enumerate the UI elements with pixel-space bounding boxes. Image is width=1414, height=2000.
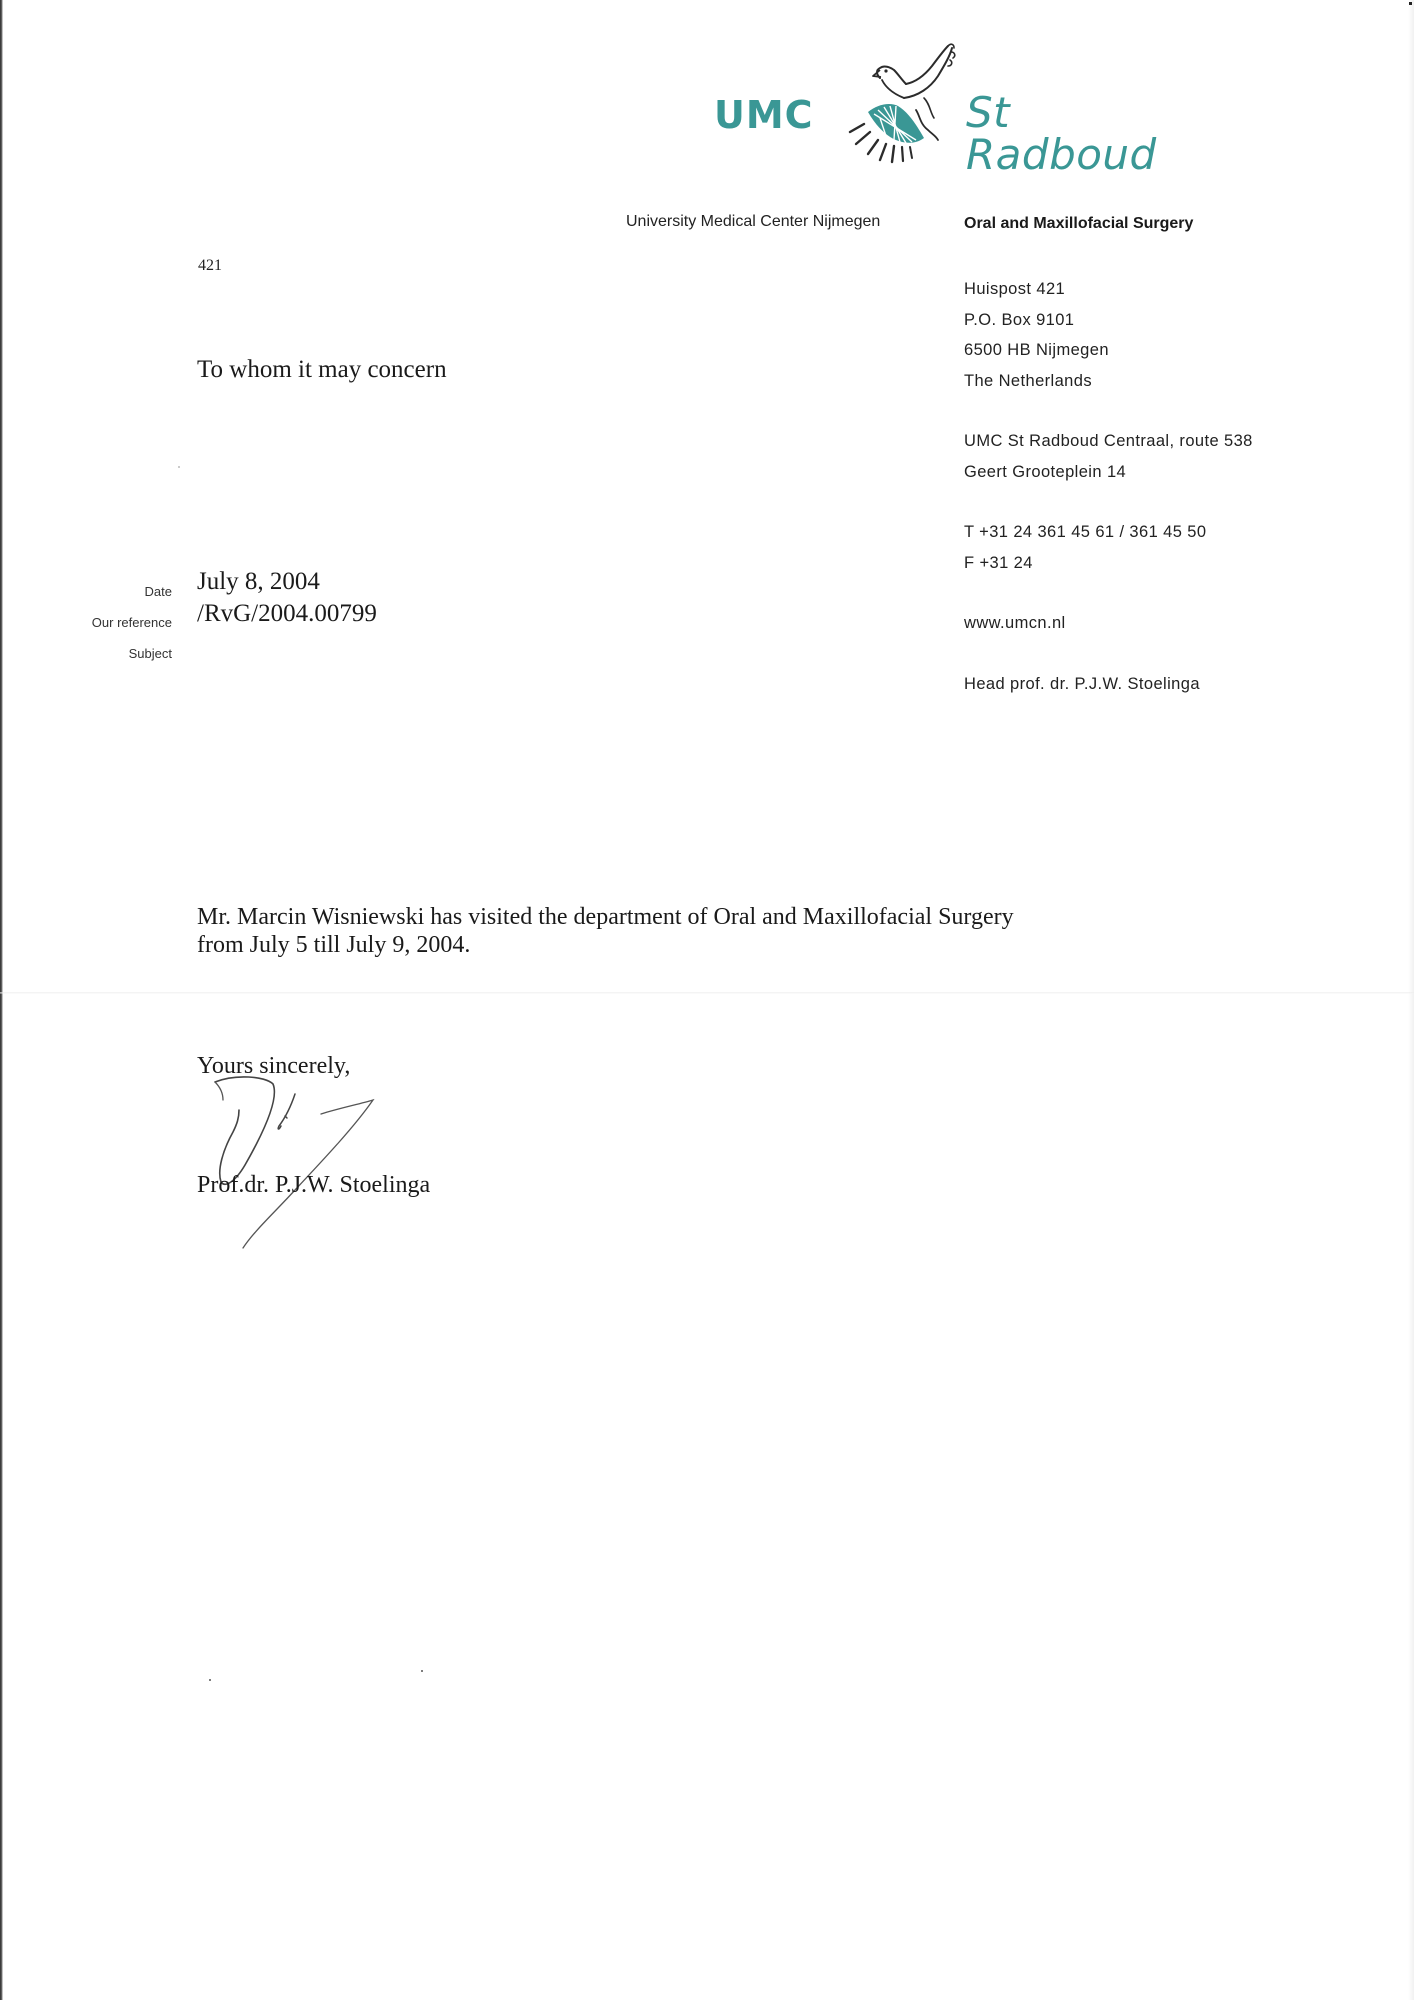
address-block: Huispost 421 P.O. Box 9101 6500 HB Nijme… [964, 274, 1253, 729]
body-line: from July 5 till July 9, 2004. [197, 931, 1117, 959]
signatory-name: Prof.dr. P.J.W. Stoelinga [197, 1172, 430, 1199]
meta-labels: Date Our reference Subject [92, 576, 172, 669]
address-line: UMC St Radboud Centraal, route 538 [964, 426, 1253, 457]
address-line: Huispost 421 [964, 274, 1253, 305]
department-head: Head prof. dr. P.J.W. Stoelinga [964, 669, 1253, 700]
phone-number: T +31 24 361 45 61 / 361 45 50 [964, 517, 1253, 548]
umc-st-radboud-logo: UMC St Radboud [714, 40, 1184, 175]
paper-fold-line [0, 992, 1414, 994]
website-link: www.umcn.nl [964, 608, 1253, 639]
head-name: Head prof. dr. P.J.W. Stoelinga [964, 669, 1253, 700]
reference-value: /RvG/2004.00799 [197, 598, 377, 630]
address-line: P.O. Box 9101 [964, 305, 1253, 336]
closing-salutation: Yours sincerely, [197, 1053, 350, 1080]
scan-edge-right [1408, 0, 1414, 2000]
handwritten-signature-icon [195, 1070, 455, 1255]
logo-umc-text: UMC [714, 96, 814, 134]
subject-label: Subject [92, 638, 172, 669]
date-label: Date [92, 576, 172, 607]
scan-speck [209, 1679, 211, 1681]
scan-speck [1409, 2, 1412, 5]
website: www.umcn.nl [964, 608, 1253, 639]
logo-st-radboud-text: St Radboud [966, 92, 1184, 176]
letter-body: Mr. Marcin Wisniewski has visited the de… [197, 903, 1117, 959]
mailstop-number: 421 [198, 257, 222, 275]
contact-numbers: T +31 24 361 45 61 / 361 45 50 F +31 24 [964, 517, 1253, 578]
department-name: Oral and Maxillofacial Surgery [964, 215, 1193, 233]
scan-speck [421, 1670, 423, 1672]
address-line: 6500 HB Nijmegen [964, 335, 1253, 366]
visiting-address: UMC St Radboud Centraal, route 538 Geert… [964, 426, 1253, 487]
address-line: The Netherlands [964, 366, 1253, 397]
dove-icon [820, 40, 970, 175]
scan-edge-left [0, 0, 3, 2000]
reference-label: Our reference [92, 607, 172, 638]
postal-address: Huispost 421 P.O. Box 9101 6500 HB Nijme… [964, 274, 1253, 396]
address-line: Geert Grooteplein 14 [964, 457, 1253, 488]
fax-number: F +31 24 [964, 548, 1253, 579]
date-value: July 8, 2004 [197, 566, 377, 598]
meta-values: July 8, 2004 /RvG/2004.00799 [197, 566, 377, 630]
organization-name: University Medical Center Nijmegen [626, 213, 880, 231]
recipient-line: To whom it may concern [197, 356, 447, 384]
scan-speck [178, 466, 180, 468]
body-line: Mr. Marcin Wisniewski has visited the de… [197, 903, 1117, 931]
